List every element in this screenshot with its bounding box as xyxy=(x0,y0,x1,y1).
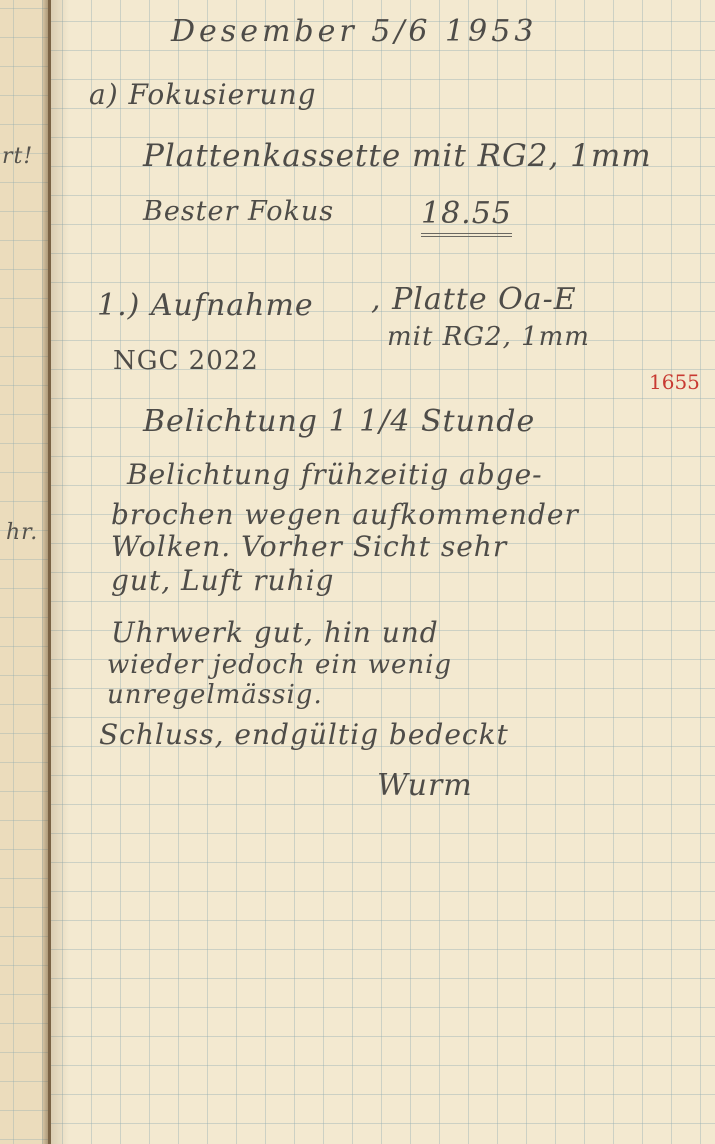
note-line-2: brochen wegen aufkommender xyxy=(111,498,579,531)
entry-date: Desember 5/6 1953 xyxy=(171,14,537,49)
best-focus-label: Bester Fokus xyxy=(143,196,334,227)
section-a-heading: a) Fokusierung xyxy=(89,78,317,111)
red-time-annotation: 1655 xyxy=(649,370,700,394)
margin-fragment-1: rt! xyxy=(2,144,33,169)
signature: Wurm xyxy=(377,768,473,803)
note-line-7: unregelmässig. xyxy=(107,680,323,710)
margin-fragment-2: hr. xyxy=(6,520,38,545)
note-line-4: gut, Luft ruhig xyxy=(111,564,334,597)
plate-cassette-line: Plattenkassette mit RG2, 1mm xyxy=(143,138,652,174)
exposure-line: Belichtung 1 1/4 Stunde xyxy=(143,404,535,439)
note-line-6: wieder jedoch ein wenig xyxy=(107,650,452,680)
left-page-edge: rt! hr. xyxy=(0,0,48,1144)
best-focus-value: 18.55 xyxy=(421,196,512,237)
note-line-3: Wolken. Vorher Sicht sehr xyxy=(111,530,507,563)
note-line-8: Schluss, endgültig bedeckt xyxy=(99,718,509,751)
notebook-page: Desember 5/6 1953 a) Fokusierung Platten… xyxy=(51,0,715,1144)
plate-designation: , Platte Oa-E xyxy=(371,282,577,317)
object-name: NGC 2022 xyxy=(113,346,259,376)
note-line-5: Uhrwerk gut, hin und xyxy=(111,616,439,649)
note-line-1: Belichtung frühzeitig abge- xyxy=(127,458,543,491)
section-1-heading: 1.) Aufnahme xyxy=(97,288,314,323)
filter-designation: mit RG2, 1mm xyxy=(387,322,590,352)
